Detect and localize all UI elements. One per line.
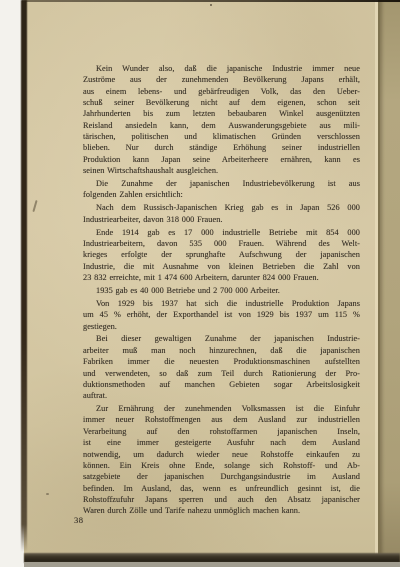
- text-line: gestiegen.: [83, 321, 360, 332]
- text-line: blieben. Nur durch ständige Erhöhung sei…: [83, 142, 360, 153]
- text-line: krieges erfolgte der sprunghafte Aufschw…: [83, 249, 360, 260]
- text-line: Industriearbeitern, davon 535 000 Frauen…: [83, 238, 360, 249]
- text-line: Die Zunahme der japanischen Industriebev…: [83, 178, 360, 189]
- text-line: Rohstoffzufuhr Japans sperren und auch d…: [83, 494, 360, 505]
- ink-speck: [46, 493, 49, 495]
- text-line: Ende 1914 gab es 17 000 industrielle Bet…: [83, 227, 360, 238]
- text-line: und verwendeten, so daß zum Teil durch R…: [83, 368, 360, 379]
- page-right-edge-band: [378, 0, 400, 567]
- page-left-edge-shadow: [21, 0, 27, 552]
- text-line: 23 832 erreichte, mit 1 474 600 Arbeiter…: [83, 272, 360, 283]
- text-line: folgenden Zahlen ersichtlich:: [83, 189, 360, 200]
- paragraph: Kein Wunder also, daß die japanische Ind…: [83, 63, 360, 176]
- text-block: Kein Wunder also, daß die japanische Ind…: [83, 63, 360, 517]
- text-line: Reisland ansiedeln kann, dem Auswanderun…: [83, 120, 360, 131]
- scanned-page: Kein Wunder also, daß die japanische Ind…: [0, 0, 400, 567]
- text-line: Nach dem Russisch-Japanischen Krieg gab …: [83, 202, 360, 213]
- paragraph: Nach dem Russisch-Japanischen Krieg gab …: [83, 202, 360, 225]
- text-line: Von 1929 bis 1937 hat sich die industrie…: [83, 298, 360, 309]
- text-line: notwendig, um dadurch wieder neue Rohsto…: [83, 449, 360, 460]
- ink-speck: [210, 4, 212, 6]
- text-line: um 45 % erhöht, der Exporthandel ist von…: [83, 309, 360, 320]
- page-number: 38: [74, 515, 84, 525]
- text-line: Industrie, die mit Ausnahme von kleinen …: [83, 261, 360, 272]
- text-line: ist eine immer gesteigerte Ausfuhr nach …: [83, 437, 360, 448]
- text-line: Waren durch Zölle und Tarife nahezu unmö…: [83, 505, 360, 516]
- paragraph: Die Zunahme der japanischen Industriebev…: [83, 178, 360, 201]
- text-line: schuß seiner Bevölkerung nicht auf dem e…: [83, 97, 360, 108]
- paragraph: Ende 1914 gab es 17 000 industrielle Bet…: [83, 227, 360, 284]
- text-line: aus einem lebens- und gebärfreudigen Vol…: [83, 86, 360, 97]
- text-line: Jahrhunderten bis zum letzten bebaubaren…: [83, 108, 360, 119]
- paragraph: Von 1929 bis 1937 hat sich die industrie…: [83, 298, 360, 332]
- text-line: können. Ein Kreis ohne Ende, solange sic…: [83, 460, 360, 471]
- text-line: tärischen, politischen und klimatischen …: [83, 131, 360, 142]
- text-line: satzgebiete der japanischen Durchgangsin…: [83, 471, 360, 482]
- text-line: Fabriken immer die neuesten Produktionsm…: [83, 356, 360, 367]
- text-line: auftrat.: [83, 390, 360, 401]
- text-line: Zur Ernährung der zunehmenden Volksmasse…: [83, 403, 360, 414]
- text-line: Verarbeitung auf den rohstoffarmen japan…: [83, 426, 360, 437]
- paragraph: 1935 gab es 40 000 Betriebe und 2 700 00…: [83, 285, 360, 296]
- page-top-edge-line: [22, 0, 400, 2]
- text-line: Produktion kann Japan seine Arbeiterheer…: [83, 154, 360, 165]
- text-line: Zuströme aus der zunehmenden Bevölkerung…: [83, 74, 360, 85]
- text-line: 1935 gab es 40 000 Betriebe und 2 700 00…: [83, 285, 360, 296]
- text-line: arbeiter muß man noch hinzurechnen, daß …: [83, 345, 360, 356]
- text-line: Bei dieser gewaltigen Zunahme der japani…: [83, 333, 360, 344]
- text-line: seinen Wirtschaftshaushalt ausgleichen.: [83, 165, 360, 176]
- text-line: Kein Wunder also, daß die japanische Ind…: [83, 63, 360, 74]
- surface-below-page: [24, 562, 400, 567]
- text-line: befinden. Im Ausland, das, wenn es unfre…: [83, 483, 360, 494]
- paragraph: Bei dieser gewaltigen Zunahme der japani…: [83, 333, 360, 401]
- text-line: duktionsmethoden auf manchen Gebieten so…: [83, 379, 360, 390]
- text-line: immer neuer Rohstoffmengen aus dem Ausla…: [83, 414, 360, 425]
- paragraph: Zur Ernährung der zunehmenden Volksmasse…: [83, 403, 360, 516]
- text-line: Industriearbeiter, davon 318 000 Frauen.: [83, 214, 360, 225]
